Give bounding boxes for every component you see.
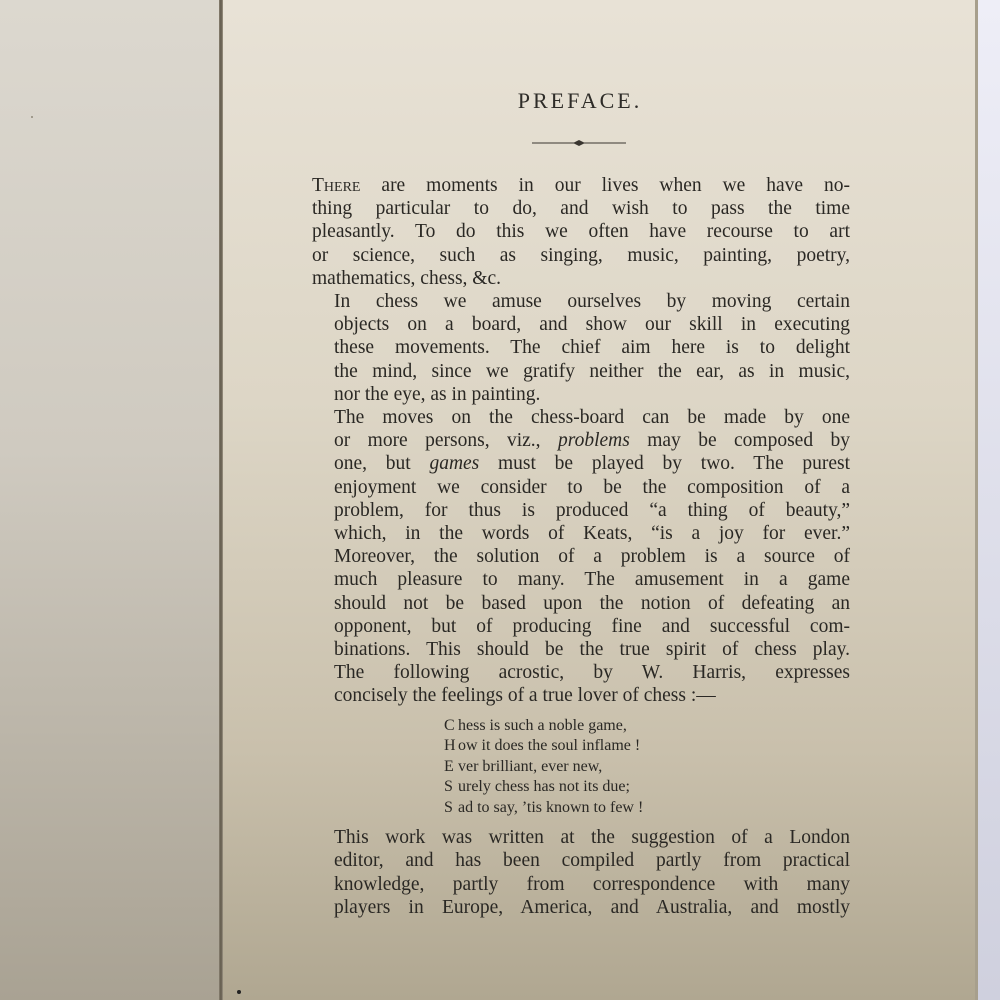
acrostic-poem: Chess is such a noble game, How it does …	[444, 716, 850, 819]
ornament-divider-icon	[532, 138, 626, 148]
paragraph-4: The following acrostic, by W. Harris, ex…	[312, 661, 850, 707]
page-title: PREFACE.	[500, 88, 660, 114]
body-text: There are moments in our lives when we h…	[312, 174, 850, 919]
poem-line: Chess is such a noble game,	[444, 716, 850, 737]
left-page	[0, 0, 220, 1000]
poem-line: Sad to say, ’tis known to few !	[444, 798, 850, 819]
paragraph-5: This work was written at the suggestion …	[312, 826, 850, 919]
paragraph-3: The moves on the chess-board can be made…	[312, 406, 850, 661]
paragraph-2: In chess we amuse ourselves by moving ce…	[312, 290, 850, 406]
background-surface	[978, 0, 1000, 1000]
small-caps-lead: There	[312, 175, 360, 196]
ink-dot	[237, 990, 241, 994]
poem-line: How it does the soul inflame !	[444, 736, 850, 757]
poem-line: Ever brilliant, ever new,	[444, 757, 850, 778]
paper-speck	[31, 116, 33, 118]
poem-line: Surely chess has not its due;	[444, 777, 850, 798]
paragraph-1: There are moments in our lives when we h…	[312, 174, 850, 290]
